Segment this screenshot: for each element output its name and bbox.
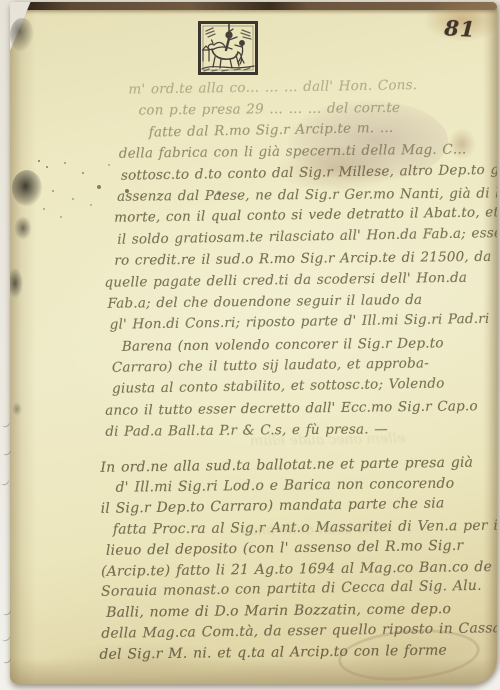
page-top-edge [24,2,497,10]
manuscript-text: m' ord.te alla co… … … dall' Hon. Cons.c… [10,80,497,668]
verso-show-through: sime acon delle onde [240,521,390,540]
manuscript-page: 81 m' ord.te alla co… … … dall' Hon. Con… [10,2,497,684]
scanned-manuscript: 81 m' ord.te alla co… … … dall' Hon. Con… [0,0,500,690]
ink-smudge [10,18,34,52]
verso-show-through: ellem onec aude ellim [250,431,406,450]
manuscript-line: gl' Hon.di Cons.ri; riposto parte d' Ill… [110,311,497,338]
saint-on-horseback-stamp-icon [196,19,260,79]
show-through-mark [0,476,10,486]
folio-number: 81 [439,15,480,42]
manuscript-line: del Sig.r M. ni. et q.ta al Arcip.to con… [99,642,497,668]
